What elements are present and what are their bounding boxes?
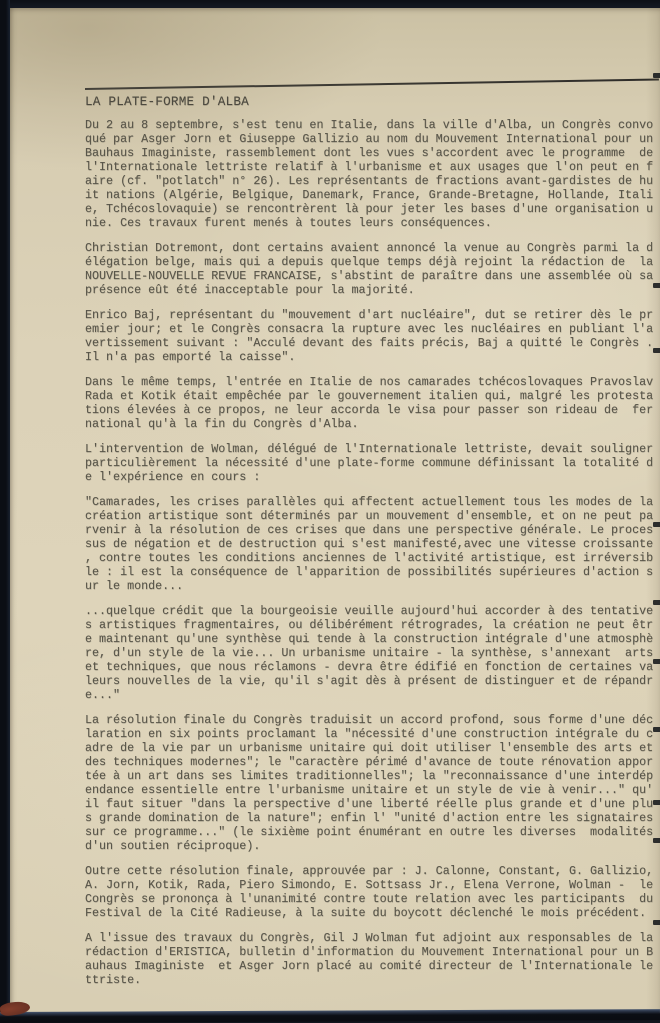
scan-artifact-mark [653,800,660,805]
paper-sheet: LA PLATE-FORME D'ALBA Du 2 au 8 septembr… [10,8,660,1014]
paragraph: Christian Dotremont, dont certains avaie… [85,241,660,297]
scan-artifact-mark [653,348,660,353]
paragraph: Outre cette résolution finale, approuvée… [85,864,660,920]
top-rule [85,78,659,90]
document-title: LA PLATE-FORME D'ALBA [85,94,660,110]
paragraph: Dans le même temps, l'entrée en Italie d… [85,375,660,431]
scanned-page: LA PLATE-FORME D'ALBA Du 2 au 8 septembr… [0,0,660,1023]
scan-edge-top [0,0,660,8]
paragraph: "Camarades, les crises parallèles qui af… [85,495,660,593]
paragraph: Enrico Baj, représentant du "mouvement d… [85,308,660,364]
document-body: Du 2 au 8 septembre, s'est tenu en Itali… [85,118,660,987]
paragraph: ...quelque crédit que la bourgeoisie veu… [85,604,660,702]
scan-edge-bottom [0,1009,660,1023]
scan-artifact-mark [653,659,660,664]
paragraph: A l'issue des travaux du Congrès, Gil J … [85,931,660,987]
paragraph: L'intervention de Wolman, délégué de l'I… [85,442,660,484]
scan-edge-left [0,0,10,1023]
scan-artifact-mark [653,522,660,527]
scan-artifact-mark [653,920,660,925]
paragraph: Du 2 au 8 septembre, s'est tenu en Itali… [85,118,660,230]
paragraph: La résolution finale du Congrès traduisi… [85,713,660,853]
scan-artifact-mark [653,838,660,843]
document-content: LA PLATE-FORME D'ALBA Du 2 au 8 septembr… [85,94,660,998]
scan-artifact-mark [653,73,660,78]
scan-artifact-mark [653,283,660,288]
scan-artifact-mark [653,600,660,605]
scan-artifact-mark [653,727,660,732]
